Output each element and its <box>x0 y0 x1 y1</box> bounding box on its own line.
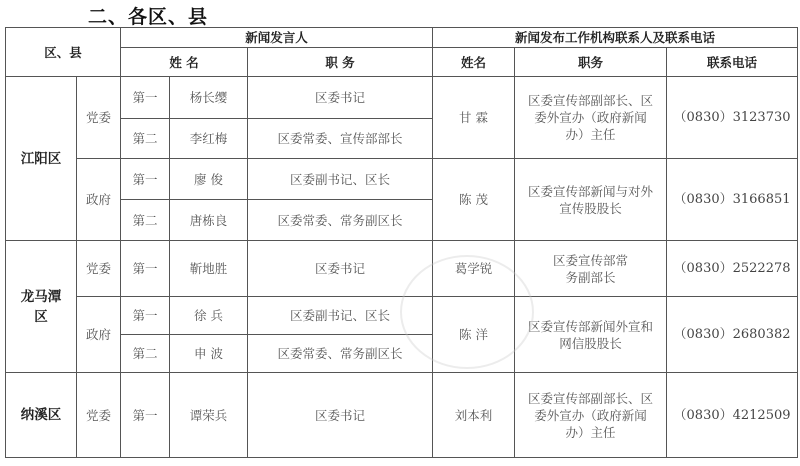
table-row: 政府 第一 徐 兵 区委副书记、区长 陈 洋 区委宣传部新闻外宣和网信股股长 （… <box>6 297 798 335</box>
contact-name: 刘本利 <box>433 373 515 458</box>
spokesperson-name: 徐 兵 <box>170 297 248 335</box>
spokesperson-position: 区委书记 <box>248 77 433 119</box>
rank: 第二 <box>121 119 170 159</box>
spokesperson-name: 李红梅 <box>170 119 248 159</box>
contact-position: 区委宣传部常务副部长 <box>515 241 667 297</box>
spokesperson-table: 区、县 新闻发言人 新闻发布工作机构联系人及联系电话 姓 名 职 务 姓名 职务… <box>5 27 798 458</box>
header-row-2: 姓 名 职 务 姓名 职务 联系电话 <box>6 48 798 77</box>
contact-phone: （0830）3166851 <box>667 159 798 241</box>
section-title: 二、各区、县 <box>88 2 208 29</box>
contact-position: 区委宣传部新闻外宣和网信股股长 <box>515 297 667 373</box>
org-type: 党委 <box>77 77 121 159</box>
district-name: 龙马潭区 <box>6 241 77 373</box>
org-type: 党委 <box>77 241 121 297</box>
district-name: 纳溪区 <box>6 373 77 458</box>
spokesperson-position: 区委常委、宣传部部长 <box>248 119 433 159</box>
contact-position: 区委宣传部新闻与对外宣传股股长 <box>515 159 667 241</box>
header-district: 区、县 <box>6 28 121 77</box>
spokesperson-name: 谭荣兵 <box>170 373 248 458</box>
district-name: 江阳区 <box>6 77 77 241</box>
org-type: 政府 <box>77 159 121 241</box>
spokesperson-position: 区委常委、常务副区长 <box>248 200 433 241</box>
spokesperson-name: 申 波 <box>170 335 248 373</box>
contact-phone: （0830）2680382 <box>667 297 798 373</box>
header-spokesperson-group: 新闻发言人 <box>121 28 433 48</box>
header-row-1: 区、县 新闻发言人 新闻发布工作机构联系人及联系电话 <box>6 28 798 48</box>
org-type: 政府 <box>77 297 121 373</box>
spokesperson-position: 区委常委、常务副区长 <box>248 335 433 373</box>
spokesperson-position: 区委副书记、区长 <box>248 159 433 200</box>
contact-name: 陈 洋 <box>433 297 515 373</box>
table-row: 龙马潭区 党委 第一 靳地胜 区委书记 葛学锐 区委宣传部常务副部长 （0830… <box>6 241 798 297</box>
rank: 第一 <box>121 373 170 458</box>
spokesperson-name: 杨长缨 <box>170 77 248 119</box>
rank: 第一 <box>121 241 170 297</box>
spokesperson-name: 靳地胜 <box>170 241 248 297</box>
contact-name: 葛学锐 <box>433 241 515 297</box>
header-contact-position: 职务 <box>515 48 667 77</box>
table-row: 江阳区 党委 第一 杨长缨 区委书记 甘 霖 区委宣传部副部长、区委外宣办（政府… <box>6 77 798 119</box>
header-contact-name: 姓名 <box>433 48 515 77</box>
contact-phone: （0830）4212509 <box>667 373 798 458</box>
table-row: 政府 第一 廖 俊 区委副书记、区长 陈 茂 区委宣传部新闻与对外宣传股股长 （… <box>6 159 798 200</box>
header-spokesperson-name: 姓 名 <box>121 48 248 77</box>
contact-name: 陈 茂 <box>433 159 515 241</box>
contact-phone: （0830）3123730 <box>667 77 798 159</box>
spokesperson-name: 廖 俊 <box>170 159 248 200</box>
rank: 第一 <box>121 159 170 200</box>
header-contact-group: 新闻发布工作机构联系人及联系电话 <box>433 28 798 48</box>
spokesperson-name: 唐栋良 <box>170 200 248 241</box>
spokesperson-position: 区委副书记、区长 <box>248 297 433 335</box>
contact-name: 甘 霖 <box>433 77 515 159</box>
spokesperson-position: 区委书记 <box>248 241 433 297</box>
contact-position: 区委宣传部副部长、区委外宣办（政府新闻办）主任 <box>515 373 667 458</box>
rank: 第二 <box>121 335 170 373</box>
contact-position: 区委宣传部副部长、区委外宣办（政府新闻办）主任 <box>515 77 667 159</box>
rank: 第二 <box>121 200 170 241</box>
table-row: 纳溪区 党委 第一 谭荣兵 区委书记 刘本利 区委宣传部副部长、区委外宣办（政府… <box>6 373 798 458</box>
org-type: 党委 <box>77 373 121 458</box>
rank: 第一 <box>121 77 170 119</box>
spokesperson-position: 区委书记 <box>248 373 433 458</box>
header-spokesperson-position: 职 务 <box>248 48 433 77</box>
rank: 第一 <box>121 297 170 335</box>
header-contact-phone: 联系电话 <box>667 48 798 77</box>
contact-phone: （0830）2522278 <box>667 241 798 297</box>
